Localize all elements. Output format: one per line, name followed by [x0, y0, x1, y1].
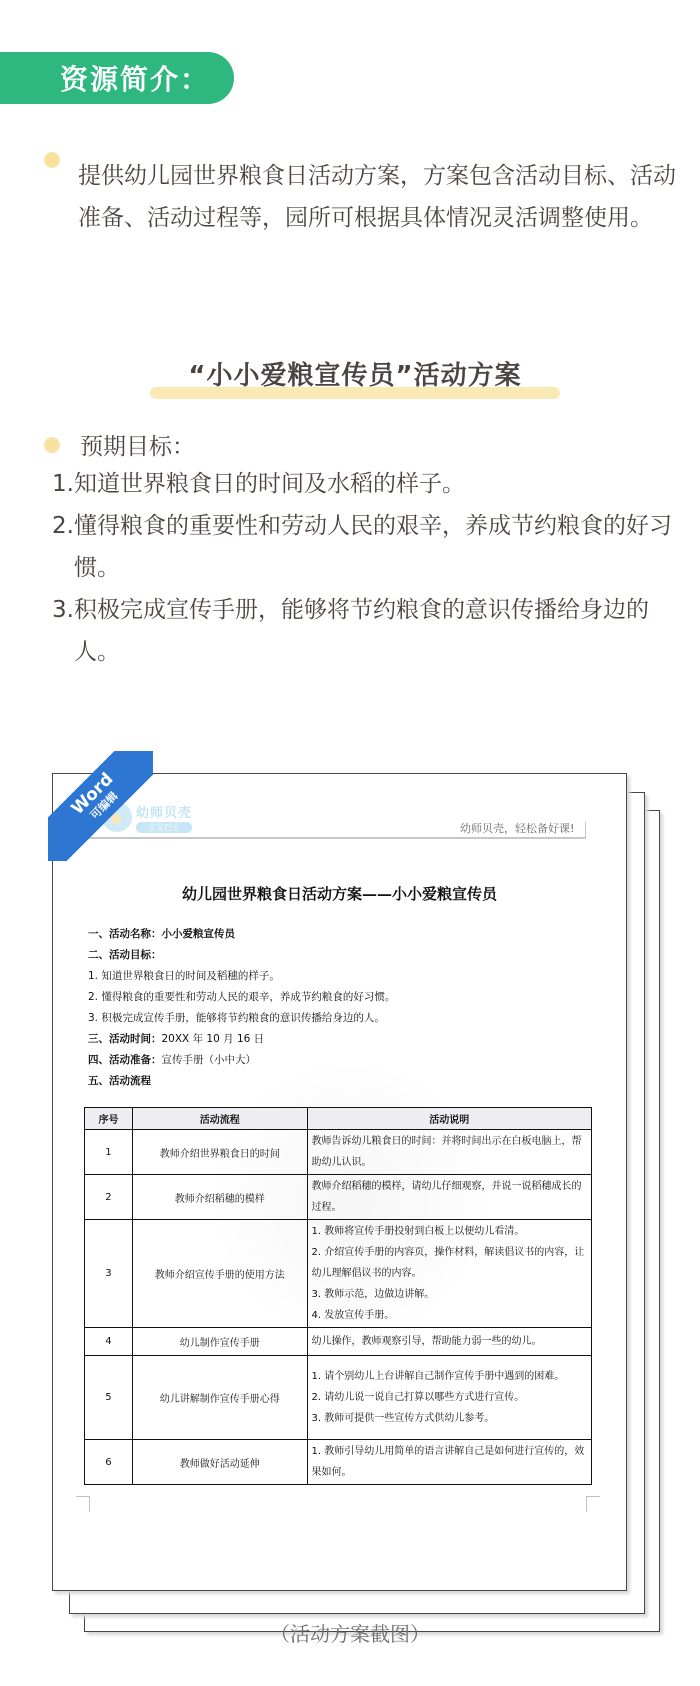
intro-text: 提供幼儿园世界粮食日活动方案，方案包含活动目标、活动准备、活动过程等，园所可根据…	[78, 155, 678, 239]
doc-title: 幼儿园世界粮食日活动方案——小小爱粮宣传员	[52, 883, 627, 904]
table-row: 4 幼儿制作宣传手册 幼儿操作，教师观察引导，帮助能力弱一些的幼儿。	[85, 1328, 592, 1356]
word-editable-ribbon: Word 可编辑	[48, 751, 153, 861]
col-header-step: 活动流程	[132, 1108, 307, 1130]
goals-label: 预期目标：	[80, 428, 195, 461]
table-row: 3 教师介绍宣传手册的使用方法 1. 教师将宣传手册投射到白板上以便幼儿看清。 …	[85, 1220, 592, 1328]
doc-section-time: 三、活动时间：20XX 年 10 月 16 日	[88, 1029, 598, 1050]
goal-text: 积极完成宣传手册，能够将节约粮食的意识传播给身边的人。	[74, 589, 672, 673]
doc-section-flow: 五、活动流程	[88, 1071, 598, 1092]
table-row: 2 教师介绍稻穗的模样 教师介绍稻穗的模样，请幼儿仔细观察，并说一说稻穗成长的过…	[85, 1175, 592, 1220]
table-row: 1 教师介绍世界粮食日的时间 教师告诉幼儿粮食日的时间：并将时间出示在白板电脑上…	[85, 1130, 592, 1175]
table-header-row: 序号 活动流程 活动说明	[85, 1108, 592, 1130]
col-header-desc: 活动说明	[307, 1108, 591, 1130]
col-header-no: 序号	[85, 1108, 133, 1130]
dot-bullet-icon	[44, 437, 60, 453]
goal-number: 3.	[52, 589, 74, 673]
doc-goal-line: 3. 积极完成宣传手册，能够将节约粮食的意识传播给身边的人。	[88, 1008, 598, 1029]
section-header-label: 资源简介：	[60, 58, 210, 98]
doc-section-goals: 二、活动目标：	[88, 945, 598, 966]
doc-header-rule	[78, 837, 586, 839]
doc-corner-mark	[586, 1496, 600, 1512]
table-row: 6 教师做好活动延伸 1. 教师引导幼儿用简单的语言讲解自己是如何进行宣传的，效…	[85, 1440, 592, 1485]
doc-goal-line: 2. 懂得粮食的重要性和劳动人民的艰辛，养成节约粮食的好习惯。	[88, 987, 598, 1008]
doc-goal-line: 1. 知道世界粮食日的时间及稻穗的样子。	[88, 966, 598, 987]
doc-corner-mark	[76, 1496, 90, 1512]
plan-title-block: “小小爱粮宣传员”活动方案	[150, 355, 560, 399]
table-row: 5 幼儿讲解制作宣传手册心得 1. 请个别幼儿上台讲解自己制作宣传手册中遇到的困…	[85, 1356, 592, 1440]
plan-title: “小小爱粮宣传员”活动方案	[150, 355, 560, 392]
goals-list: 1. 知道世界粮食日的时间及水稻的样子。 2. 懂得粮食的重要性和劳动人民的艰辛…	[52, 463, 672, 673]
doc-body: 一、活动名称：小小爱粮宣传员 二、活动目标： 1. 知道世界粮食日的时间及稻穗的…	[88, 924, 598, 1092]
section-header-pill: 资源简介：	[0, 52, 234, 104]
dot-bullet-icon	[44, 152, 60, 168]
goal-item: 2. 懂得粮食的重要性和劳动人民的艰辛，养成节约粮食的好习惯。	[52, 505, 672, 589]
screenshot-caption: （活动方案截图）	[0, 1618, 700, 1647]
goal-number: 1.	[52, 463, 74, 505]
doc-section-name: 一、活动名称：小小爱粮宣传员	[88, 924, 598, 945]
goal-text: 知道世界粮食日的时间及水稻的样子。	[74, 463, 672, 505]
goal-number: 2.	[52, 505, 74, 589]
doc-section-prep: 四、活动准备：宣传手册（小中大）	[88, 1050, 598, 1071]
goal-item: 1. 知道世界粮食日的时间及水稻的样子。	[52, 463, 672, 505]
doc-header-slogan: 幼师贝壳，轻松备好课!	[460, 820, 574, 836]
activity-flow-table: 序号 活动流程 活动说明 1 教师介绍世界粮食日的时间 教师告诉幼儿粮食日的时间…	[84, 1107, 592, 1485]
goal-text: 懂得粮食的重要性和劳动人民的艰辛，养成节约粮食的好习惯。	[74, 505, 672, 589]
doc-margin-mark	[585, 822, 586, 837]
goal-item: 3. 积极完成宣传手册，能够将节约粮食的意识传播给身边的人。	[52, 589, 672, 673]
